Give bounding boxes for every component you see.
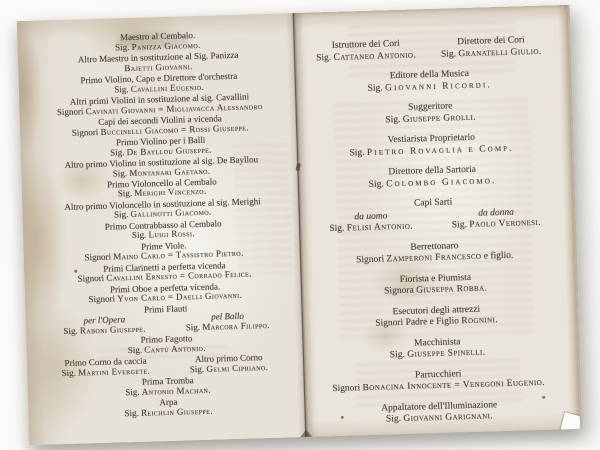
name-prefix: Sig.: [441, 49, 456, 59]
binding-notch: [300, 430, 312, 437]
name-prefix: Sig.: [316, 52, 331, 62]
roster-entry: Appaltatore dell'Illuminazione Sig. Giov…: [314, 398, 565, 428]
name-line: Sig. Felisi Antonio.: [308, 221, 434, 236]
name-prefix: Sig.: [386, 414, 401, 424]
column-right: Direttore dei Cori Sig. Granatelli Giuli…: [428, 34, 554, 61]
roster-entry-two-column: Istruttore dei Cori Sig. Cattaneo Antoni…: [303, 34, 554, 64]
name-prefix: Sig.: [114, 210, 129, 220]
name-smallcaps: Marcora Filippo.: [202, 320, 270, 332]
name-smallcaps: Paolo Veronesi.: [469, 218, 541, 230]
name-prefix: Sig.: [113, 168, 128, 178]
roster-entry: Esecutori degli attrezzi Signori Padre e…: [311, 302, 562, 332]
name-prefix: Sig.: [118, 188, 133, 198]
right-page: Istruttore dei Cori Sig. Cattaneo Antoni…: [292, 5, 582, 437]
left-page: Maestro al Cembalo. Sig. Panizza Giacomo…: [17, 13, 305, 445]
name-prefix: Sig.: [349, 148, 364, 158]
name-smallcaps: Cantù Antonio.: [144, 343, 206, 355]
name-prefix: Sig.: [369, 179, 384, 189]
name-smallcaps: Giovanni Ricordi.: [385, 80, 492, 93]
name-prefix: Sig.: [186, 322, 201, 332]
paper-speck: [340, 416, 343, 419]
name-smallcaps: Felisi Antonio.: [347, 222, 413, 234]
name-prefix: Sig.: [128, 345, 143, 355]
name-smallcaps: Giuseppe Grolli.: [403, 112, 476, 124]
name-smallcaps: Granatelli Giulio.: [458, 46, 541, 58]
name-prefix: Signori: [84, 252, 111, 263]
name-prefix: Sig.: [329, 224, 344, 234]
name-smallcaps: Reichlin Giuseppe.: [141, 406, 213, 418]
name-smallcaps: Giuseppa Robba.: [416, 283, 487, 295]
column-left: Primo Corno da caccia Sig. Martini Everg…: [44, 356, 168, 379]
right-page-roster: Istruttore dei Cori Sig. Cattaneo Antoni…: [292, 5, 580, 428]
name-smallcaps: Montanari Gaetano.: [129, 165, 210, 177]
name-prefix: Signori: [57, 106, 84, 117]
roster-entry: Direttore della Sartoria Sig. Colombo Gi…: [307, 162, 558, 192]
paper-speck: [74, 270, 77, 273]
roster-entry: Suggeritore Sig. Giuseppe Grolli.: [305, 98, 556, 128]
name-smallcaps: Gelmi Cipriano.: [206, 362, 268, 374]
name-smallcaps: Merighi Vincenzo.: [134, 186, 207, 198]
name-prefix: Sig.: [385, 114, 400, 124]
name-line: Sig. Paolo Veronesi.: [434, 217, 560, 232]
name-prefix: Signori: [77, 273, 104, 284]
page-corner-fold: [560, 412, 582, 437]
name-smallcaps: Bajetti Giovanni.: [124, 61, 193, 73]
roster-entry: Macchinista Sig. Giuseppe Spinelli.: [312, 334, 563, 364]
name-smallcaps: De Bayllou Giuseppe.: [127, 144, 212, 157]
name-prefix: Sig.: [390, 350, 405, 360]
name-prefix: Signora: [384, 286, 414, 297]
name-smallcaps: Gallinotti Giacomo.: [130, 207, 211, 219]
name-smallcaps: Raboni Giuseppe.: [80, 324, 146, 336]
name-smallcaps: Rognini.: [461, 315, 498, 326]
name-prefix: Sig.: [114, 84, 129, 94]
name-prefix: Signori: [332, 383, 360, 394]
roster-entry: Editore della Musica Sig. Giovanni Ricor…: [304, 66, 555, 96]
name-line: Sig. Cattaneo Antonio.: [303, 50, 429, 65]
name-prefix: Sig.: [190, 364, 205, 374]
name-smallcaps: Panizza Giacomo.: [131, 39, 200, 51]
name-prefix: Sig.: [63, 326, 78, 336]
name-smallcaps: Cattaneo Antonio.: [333, 50, 416, 62]
name-prefix: Sig.: [124, 408, 139, 418]
roster-entry: Fiorista e Piumista Signora Giuseppa Rob…: [310, 270, 561, 300]
name-prefix: Sig.: [115, 42, 130, 52]
opera-programme-booklet: Maestro al Cembalo. Sig. Panizza Giacomo…: [17, 5, 582, 445]
name-prefix: Sig.: [452, 220, 467, 230]
name-smallcaps: Martini Evergete.: [78, 365, 150, 377]
column-right: da donna Sig. Paolo Veronesi.: [433, 206, 559, 233]
roster-entry: Vestiarista Proprietario Sig. Pietro Rov…: [306, 130, 557, 160]
name-prefix: Sig.: [61, 368, 76, 378]
column-left: per l'Opera Sig. Raboni Giuseppe.: [43, 314, 167, 337]
paper-speck: [542, 396, 545, 399]
roster-entry: Parrucchieri Signori Bonacina Innocente …: [313, 366, 564, 396]
name-prefix: Signori: [356, 255, 384, 266]
name-prefix: Sig.: [367, 83, 382, 93]
left-page-roster: Maestro al Cembalo. Sig. Panizza Giacomo…: [17, 13, 304, 422]
name-prefix: Signori Padre e Figlio: [375, 316, 459, 328]
name-smallcaps: Antonio Machan.: [142, 385, 212, 397]
name-line: Sig. Granatelli Giulio.: [429, 46, 555, 61]
name-prefix: Sig.: [110, 147, 125, 157]
roster-entry-two-column: Capi Sarti da uomo Sig. Felisi Antonio. …: [308, 194, 559, 236]
name-smallcaps: Giuseppe Spinelli.: [407, 348, 485, 360]
name-smallcaps: Luigi Rossi.: [148, 229, 195, 240]
column-right: Altro primo Corno Sig. Gelmi Cipriano.: [167, 353, 291, 376]
name-suffix: e figlio.: [484, 251, 514, 262]
name-smallcaps: Zamperoni Francesco: [386, 252, 481, 265]
column-right: pel Ballo Sig. Marcora Filippo.: [166, 311, 290, 334]
column-left: da uomo Sig. Felisi Antonio.: [308, 210, 434, 237]
name-prefix: Sig.: [125, 387, 140, 397]
column-left: Istruttore dei Cori Sig. Cattaneo Antoni…: [303, 38, 429, 65]
name-prefix: Signori: [72, 126, 99, 137]
name-prefix: Signori: [88, 294, 115, 305]
name-smallcaps: Colombo Giacomo.: [386, 176, 497, 189]
roster-entry: Berrettonaro Signori Zamperoni Francesco…: [309, 238, 560, 268]
name-prefix: Sig.: [132, 230, 147, 240]
name-smallcaps: Cavallini Eugenio.: [131, 81, 205, 93]
name-smallcaps: Giovanni Garignani.: [403, 411, 493, 424]
two-column-row: Istruttore dei Cori Sig. Cattaneo Antoni…: [303, 34, 554, 64]
